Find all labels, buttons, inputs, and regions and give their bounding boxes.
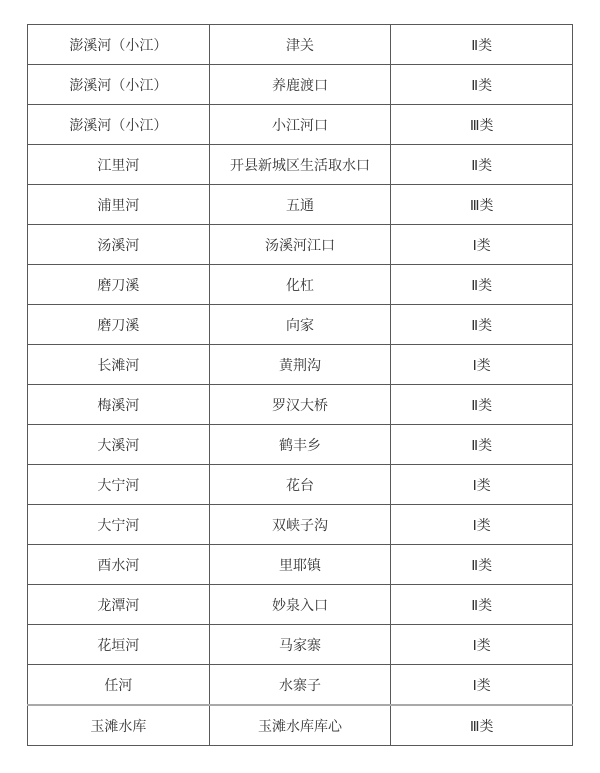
- water-class-cell: Ⅲ类: [391, 705, 573, 746]
- site-name-cell: 水寨子: [209, 665, 391, 706]
- water-class-cell: Ⅰ类: [391, 505, 573, 545]
- table-row: 江里河 开县新城区生活取水口 Ⅱ类: [28, 145, 573, 185]
- water-class-cell: Ⅱ类: [391, 65, 573, 105]
- water-class-cell: Ⅱ类: [391, 265, 573, 305]
- water-class-cell: Ⅱ类: [391, 25, 573, 65]
- table-row: 磨刀溪 向家 Ⅱ类: [28, 305, 573, 345]
- river-name-cell: 江里河: [28, 145, 210, 185]
- river-name-cell: 磨刀溪: [28, 265, 210, 305]
- site-name-cell: 向家: [209, 305, 391, 345]
- river-name-cell: 大溪河: [28, 425, 210, 465]
- river-name-cell: 磨刀溪: [28, 305, 210, 345]
- river-name-cell: 汤溪河: [28, 225, 210, 265]
- river-name-cell: 长滩河: [28, 345, 210, 385]
- table-row: 大宁河 双峡子沟 Ⅰ类: [28, 505, 573, 545]
- site-name-cell: 花台: [209, 465, 391, 505]
- site-name-cell: 玉滩水库库心: [209, 705, 391, 746]
- site-name-cell: 津关: [209, 25, 391, 65]
- water-class-cell: Ⅱ类: [391, 545, 573, 585]
- water-class-cell: Ⅰ类: [391, 345, 573, 385]
- water-class-cell: Ⅰ类: [391, 665, 573, 706]
- site-name-cell: 小江河口: [209, 105, 391, 145]
- document-page: 澎溪河（小江） 津关 Ⅱ类 澎溪河（小江） 养鹿渡口 Ⅱ类 澎溪河（小江） 小江…: [0, 0, 600, 773]
- site-name-cell: 马家寨: [209, 625, 391, 665]
- river-name-cell: 龙潭河: [28, 585, 210, 625]
- water-class-cell: Ⅱ类: [391, 305, 573, 345]
- water-class-cell: Ⅰ类: [391, 465, 573, 505]
- river-name-cell: 大宁河: [28, 505, 210, 545]
- site-name-cell: 开县新城区生活取水口: [209, 145, 391, 185]
- water-class-cell: Ⅱ类: [391, 385, 573, 425]
- table-row: 酉水河 里耶镇 Ⅱ类: [28, 545, 573, 585]
- table-row: 磨刀溪 化杠 Ⅱ类: [28, 265, 573, 305]
- table-row: 花垣河 马家寨 Ⅰ类: [28, 625, 573, 665]
- site-name-cell: 汤溪河江口: [209, 225, 391, 265]
- water-class-cell: Ⅱ类: [391, 145, 573, 185]
- table-row: 大宁河 花台 Ⅰ类: [28, 465, 573, 505]
- table-row: 大溪河 鹤丰乡 Ⅱ类: [28, 425, 573, 465]
- water-class-cell: Ⅲ类: [391, 105, 573, 145]
- site-name-cell: 养鹿渡口: [209, 65, 391, 105]
- table-row: 汤溪河 汤溪河江口 Ⅰ类: [28, 225, 573, 265]
- site-name-cell: 化杠: [209, 265, 391, 305]
- table-row: 龙潭河 妙泉入口 Ⅱ类: [28, 585, 573, 625]
- river-name-cell: 澎溪河（小江）: [28, 25, 210, 65]
- site-name-cell: 里耶镇: [209, 545, 391, 585]
- river-name-cell: 澎溪河（小江）: [28, 65, 210, 105]
- river-name-cell: 任河: [28, 665, 210, 706]
- site-name-cell: 罗汉大桥: [209, 385, 391, 425]
- river-name-cell: 大宁河: [28, 465, 210, 505]
- water-quality-table-body: 澎溪河（小江） 津关 Ⅱ类 澎溪河（小江） 养鹿渡口 Ⅱ类 澎溪河（小江） 小江…: [28, 25, 573, 746]
- table-row: 梅溪河 罗汉大桥 Ⅱ类: [28, 385, 573, 425]
- table-row: 任河 水寨子 Ⅰ类: [28, 665, 573, 706]
- river-name-cell: 浦里河: [28, 185, 210, 225]
- table-row: 长滩河 黄荆沟 Ⅰ类: [28, 345, 573, 385]
- site-name-cell: 五通: [209, 185, 391, 225]
- site-name-cell: 黄荆沟: [209, 345, 391, 385]
- river-name-cell: 花垣河: [28, 625, 210, 665]
- river-name-cell: 澎溪河（小江）: [28, 105, 210, 145]
- water-class-cell: Ⅱ类: [391, 425, 573, 465]
- table-row: 澎溪河（小江） 养鹿渡口 Ⅱ类: [28, 65, 573, 105]
- site-name-cell: 鹤丰乡: [209, 425, 391, 465]
- table-row: 澎溪河（小江） 津关 Ⅱ类: [28, 25, 573, 65]
- water-class-cell: Ⅰ类: [391, 225, 573, 265]
- water-class-cell: Ⅱ类: [391, 585, 573, 625]
- river-name-cell: 梅溪河: [28, 385, 210, 425]
- river-name-cell: 玉滩水库: [28, 705, 210, 746]
- site-name-cell: 双峡子沟: [209, 505, 391, 545]
- table-row: 玉滩水库 玉滩水库库心 Ⅲ类: [28, 705, 573, 746]
- water-class-cell: Ⅲ类: [391, 185, 573, 225]
- river-name-cell: 酉水河: [28, 545, 210, 585]
- table-row: 澎溪河（小江） 小江河口 Ⅲ类: [28, 105, 573, 145]
- water-quality-table: 澎溪河（小江） 津关 Ⅱ类 澎溪河（小江） 养鹿渡口 Ⅱ类 澎溪河（小江） 小江…: [27, 24, 573, 746]
- water-class-cell: Ⅰ类: [391, 625, 573, 665]
- site-name-cell: 妙泉入口: [209, 585, 391, 625]
- table-row: 浦里河 五通 Ⅲ类: [28, 185, 573, 225]
